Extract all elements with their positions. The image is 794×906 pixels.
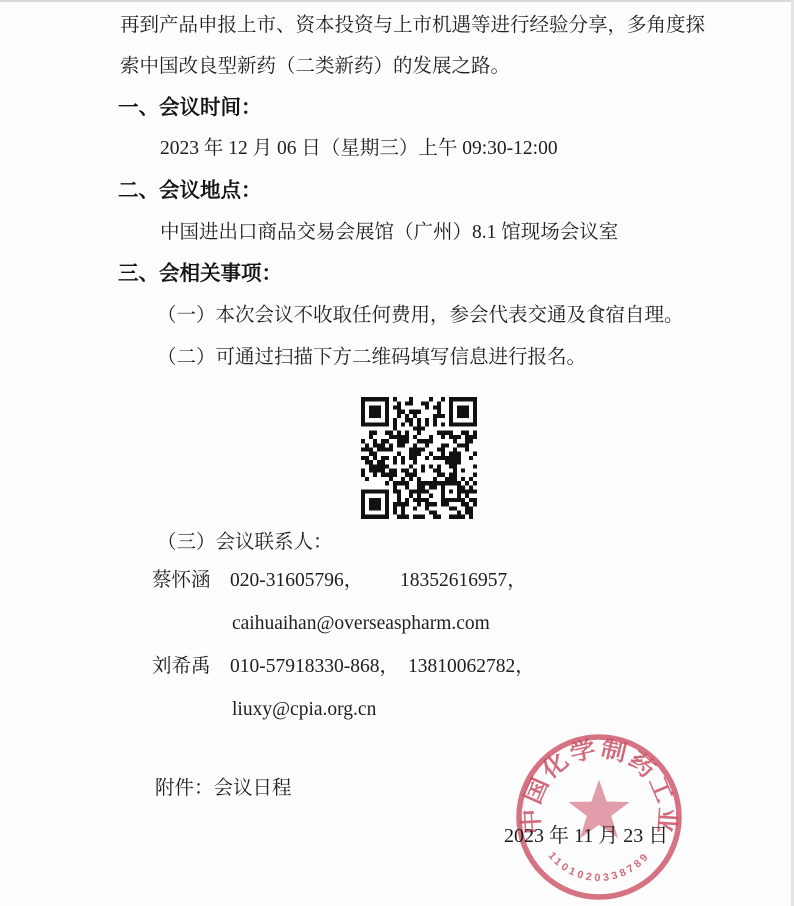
intro-line-1: 再到产品申报上市、资本投资与上市机遇等进行经验分享，多角度探 — [120, 13, 705, 38]
contact-1-email: caihuaihan@overseaspharm.com — [232, 611, 490, 636]
section-3-item-1: （一）本次会议不收取任何费用，参会代表交通及食宿自理。 — [157, 303, 684, 328]
meeting-venue: 中国进出口商品交易会展馆（广州）8.1 馆现场会议室 — [160, 220, 618, 245]
registration-qr-code — [360, 396, 478, 520]
section-2-heading: 二、会议地点： — [118, 178, 262, 205]
section-3-heading: 三、会相关事项： — [118, 261, 282, 288]
attachment-note: 附件：会议日程 — [155, 776, 292, 801]
intro-line-2: 索中国改良型新药（二类新药）的发展之路。 — [120, 54, 510, 79]
contact-1-name: 蔡怀涵 — [152, 568, 211, 593]
seal-serial-number: 1101020338789 — [546, 850, 653, 884]
section-3-item-3: （三）会议联系人： — [157, 530, 333, 555]
contact-2-phone-2: 13810062782， — [408, 654, 535, 679]
section-3-item-2: （二）可通过扫描下方二维码填写信息进行报名。 — [157, 345, 586, 370]
section-1-heading: 一、会议时间： — [118, 95, 262, 122]
scan-edge-artifact-top — [0, 0, 794, 2]
scanned-document-page: 再到产品申报上市、资本投资与上市机遇等进行经验分享，多角度探 索中国改良型新药（… — [0, 0, 794, 906]
contact-2-name: 刘希禹 — [152, 654, 211, 679]
issue-date: 2023 年 11 月 23 日 — [504, 819, 668, 848]
contact-1-phone-1: 020-31605796， — [230, 568, 363, 593]
contact-1-phone-2: 18352616957， — [400, 568, 527, 593]
contact-2-phone-1: 010-57918330-868， — [230, 654, 399, 679]
meeting-time: 2023 年 12 月 06 日（星期三）上午 09:30-12:00 — [160, 136, 558, 161]
contact-2-email: liuxy@cpia.org.cn — [232, 697, 376, 722]
official-seal: 中国化学制药工业协会 1101020338789 — [514, 732, 684, 902]
qr-code-image — [360, 396, 478, 520]
